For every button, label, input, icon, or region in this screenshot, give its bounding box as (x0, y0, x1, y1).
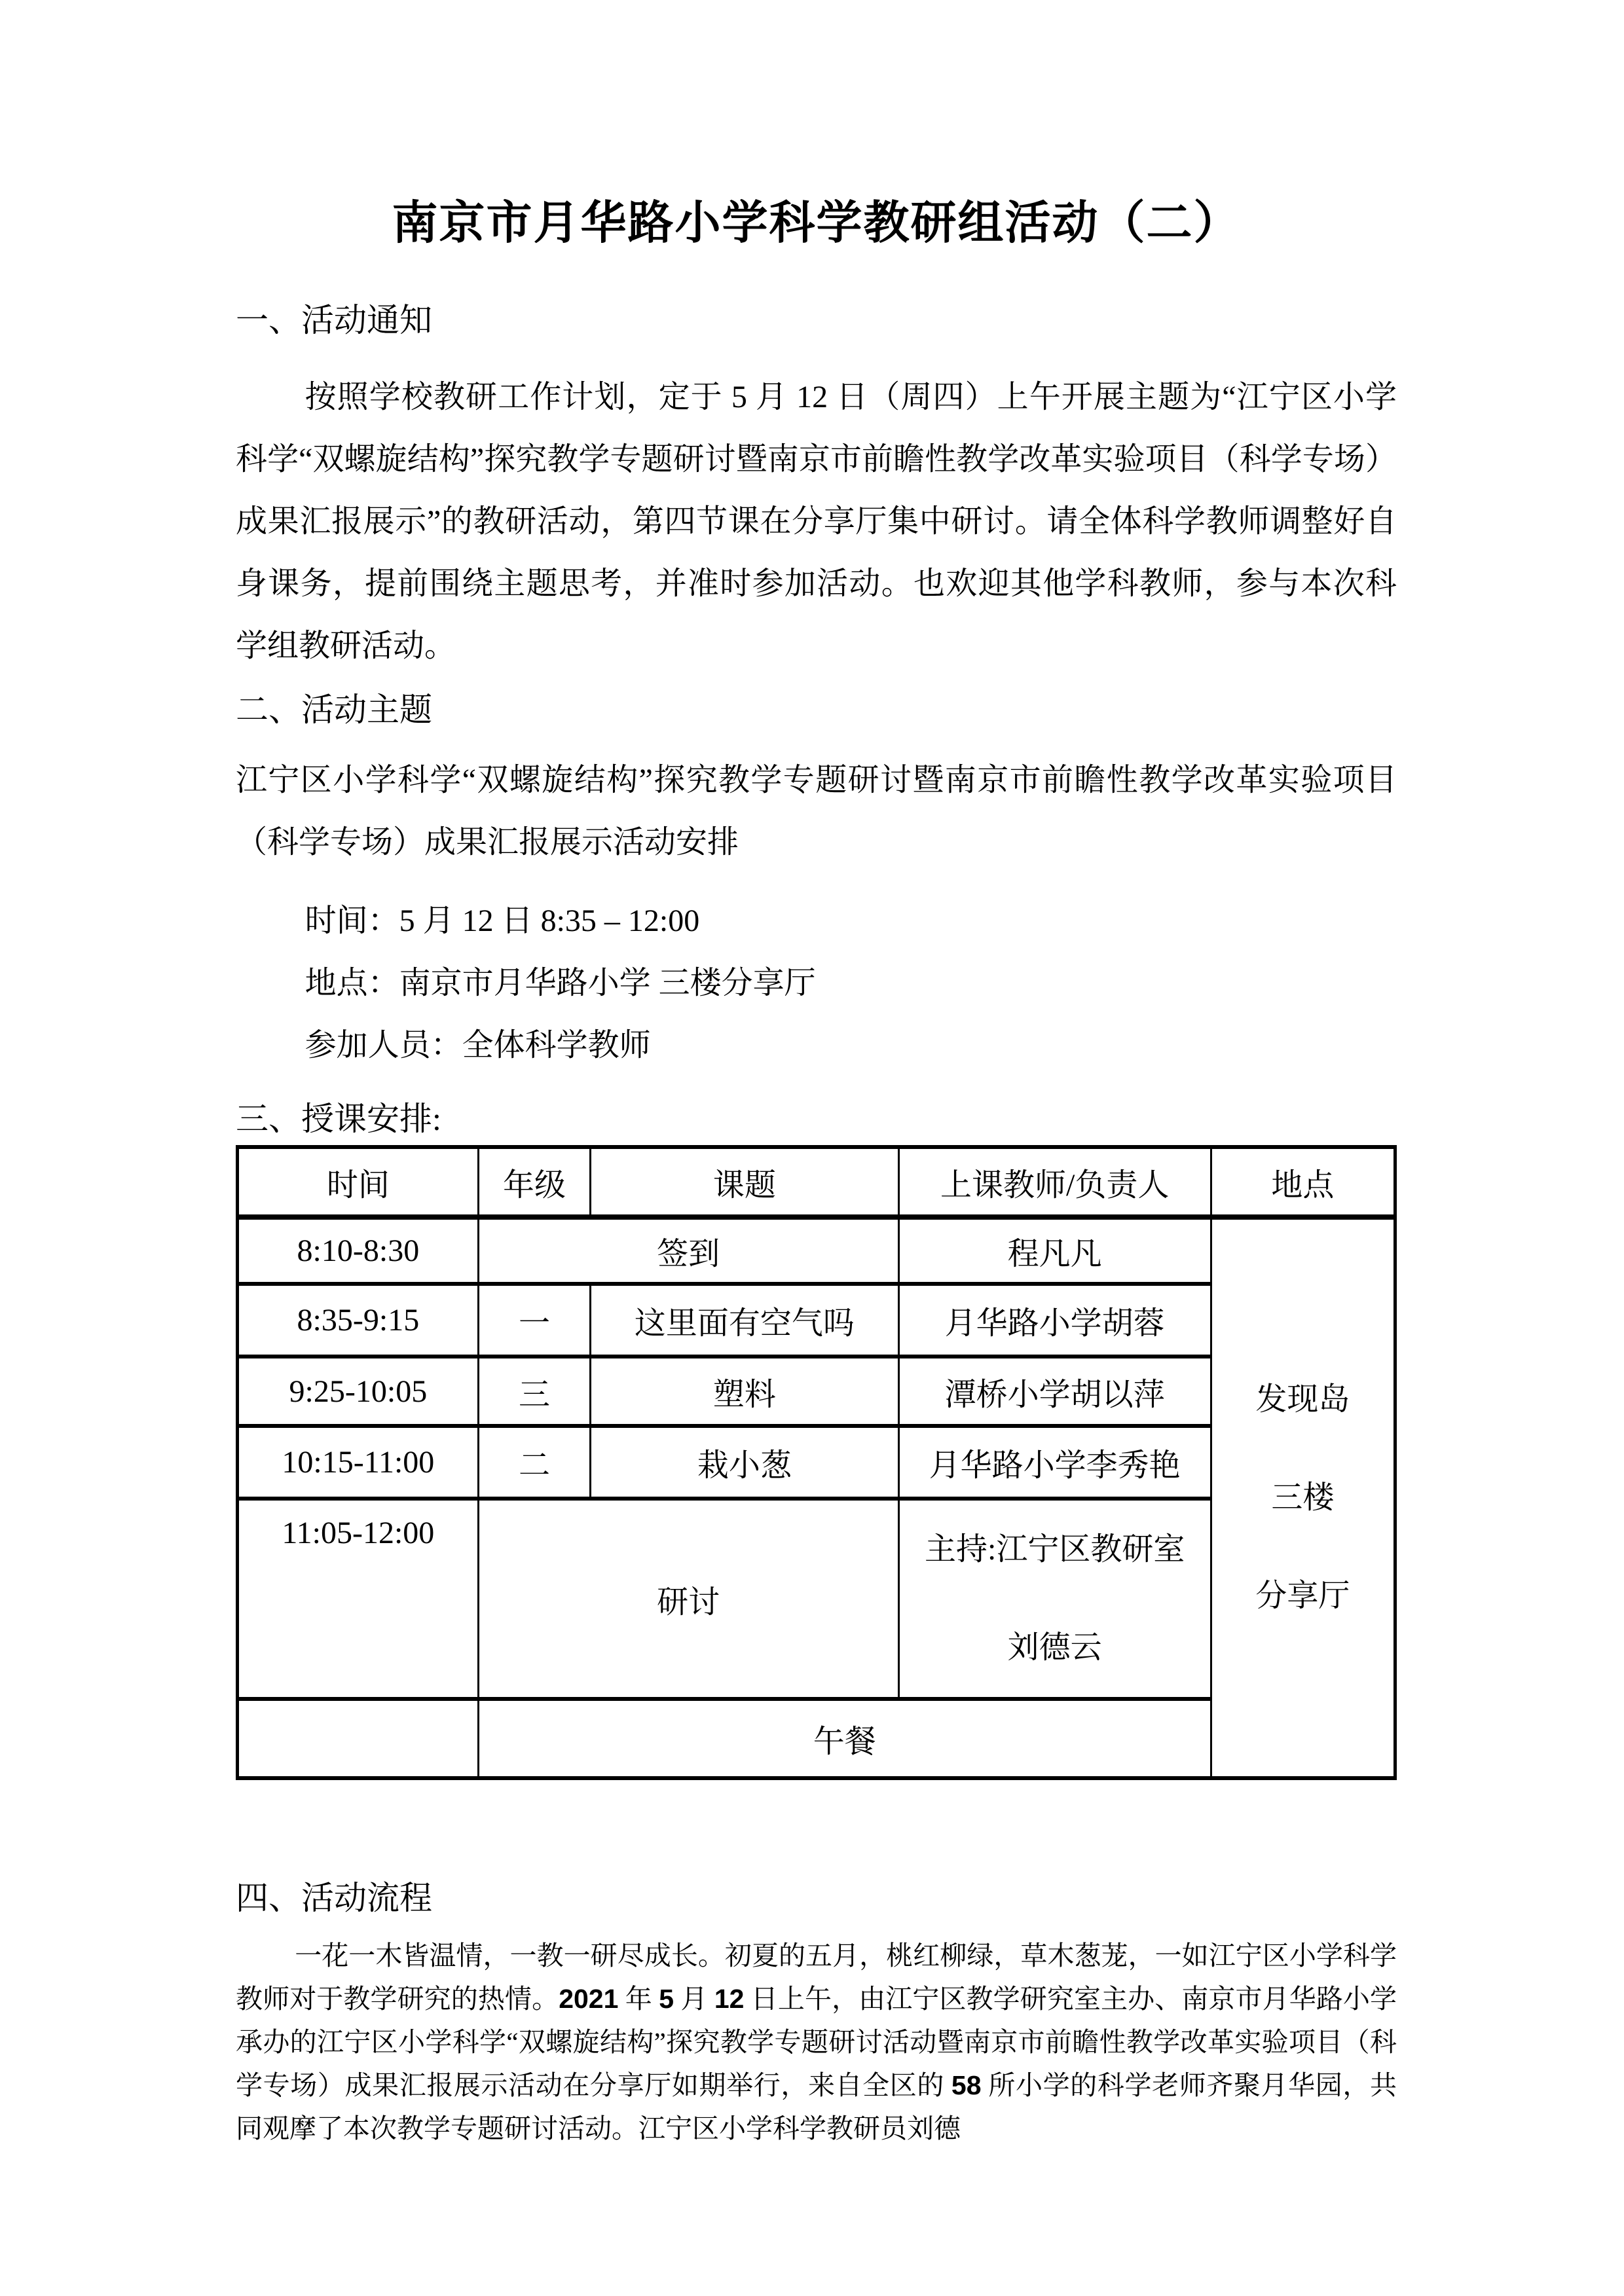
cell-time: 10:15-11:00 (238, 1426, 479, 1499)
host-line: 刘德云 (900, 1599, 1210, 1697)
location-line: 分享厅 (1212, 1547, 1393, 1645)
col-header-topic: 课题 (591, 1147, 898, 1217)
col-header-grade: 年级 (478, 1147, 590, 1217)
col-header-location: 地点 (1211, 1147, 1395, 1217)
location-line: 发现岛 (1212, 1351, 1393, 1449)
flow-number: 58 (951, 2070, 982, 2100)
cell-signin: 签到 (478, 1217, 898, 1284)
cell-host: 主持:江宁区教研室 刘德云 (898, 1499, 1211, 1699)
info-location: 地点：南京市月华路小学 三楼分享厅 (236, 952, 1397, 1014)
cell-grade: 二 (478, 1426, 590, 1499)
section2-heading: 二、活动主题 (236, 690, 1397, 729)
cell-topic: 塑料 (591, 1357, 898, 1426)
section1-paragraph: 按照学校教研工作计划，定于 5 月 12 日（周四）上午开展主题为“江宁区小学科… (236, 366, 1397, 677)
flow-text: 年 (618, 1984, 659, 2014)
col-header-teacher: 上课教师/负责人 (898, 1147, 1211, 1217)
flow-number: 12 (714, 1984, 745, 2014)
cell-topic: 这里面有空气吗 (591, 1284, 898, 1357)
cell-time: 11:05-12:00 (238, 1499, 479, 1699)
cell-grade: 一 (478, 1284, 590, 1357)
cell-teacher: 月华路小学胡蓉 (898, 1284, 1211, 1357)
section2-paragraph: 江宁区小学科学“双螺旋结构”探究教学专题研讨暨南京市前瞻性教学改革实验项目（科学… (236, 749, 1397, 873)
section3-heading: 三、授课安排: (236, 1099, 1397, 1139)
info-time: 时间：5 月 12 日 8:35 – 12:00 (236, 890, 1397, 952)
cell-time-empty (238, 1699, 479, 1778)
flow-number: 2021 (559, 1984, 618, 2014)
cell-teacher: 程凡凡 (898, 1217, 1211, 1284)
table-header-row: 时间 年级 课题 上课教师/负责人 地点 (238, 1147, 1395, 1217)
section4-heading: 四、活动流程 (236, 1878, 1397, 1918)
schedule-table: 时间 年级 课题 上课教师/负责人 地点 8:10-8:30 签到 程凡凡 发现… (236, 1145, 1397, 1780)
flow-text: 月 (674, 1984, 714, 2014)
table-row: 8:10-8:30 签到 程凡凡 发现岛 三楼 分享厅 (238, 1217, 1395, 1284)
cell-grade: 三 (478, 1357, 590, 1426)
cell-time: 8:35-9:15 (238, 1284, 479, 1357)
cell-topic: 栽小葱 (591, 1426, 898, 1499)
cell-discussion: 研讨 (478, 1499, 898, 1699)
cell-teacher: 潭桥小学胡以萍 (898, 1357, 1211, 1426)
cell-time: 8:10-8:30 (238, 1217, 479, 1284)
document-page: 南京市月华路小学科学教研组活动（二） 一、活动通知 按照学校教研工作计划，定于 … (0, 0, 1624, 2296)
section4-paragraph: 一花一木皆温情，一教一研尽成长。初夏的五月，桃红柳绿，草木葱茏，一如江宁区小学科… (236, 1934, 1397, 2150)
cell-location: 发现岛 三楼 分享厅 (1211, 1217, 1395, 1778)
host-line: 主持:江宁区教研室 (900, 1501, 1210, 1599)
section1-heading: 一、活动通知 (236, 301, 1397, 340)
location-line: 三楼 (1212, 1449, 1393, 1547)
cell-teacher: 月华路小学李秀艳 (898, 1426, 1211, 1499)
activity-info-block: 时间：5 月 12 日 8:35 – 12:00 地点：南京市月华路小学 三楼分… (236, 890, 1397, 1076)
cell-time: 9:25-10:05 (238, 1357, 479, 1426)
col-header-time: 时间 (238, 1147, 479, 1217)
info-participants: 参加人员：全体科学教师 (236, 1014, 1397, 1076)
cell-lunch: 午餐 (478, 1699, 1211, 1778)
flow-number: 5 (659, 1984, 674, 2014)
page-title: 南京市月华路小学科学教研组活动（二） (236, 196, 1397, 251)
